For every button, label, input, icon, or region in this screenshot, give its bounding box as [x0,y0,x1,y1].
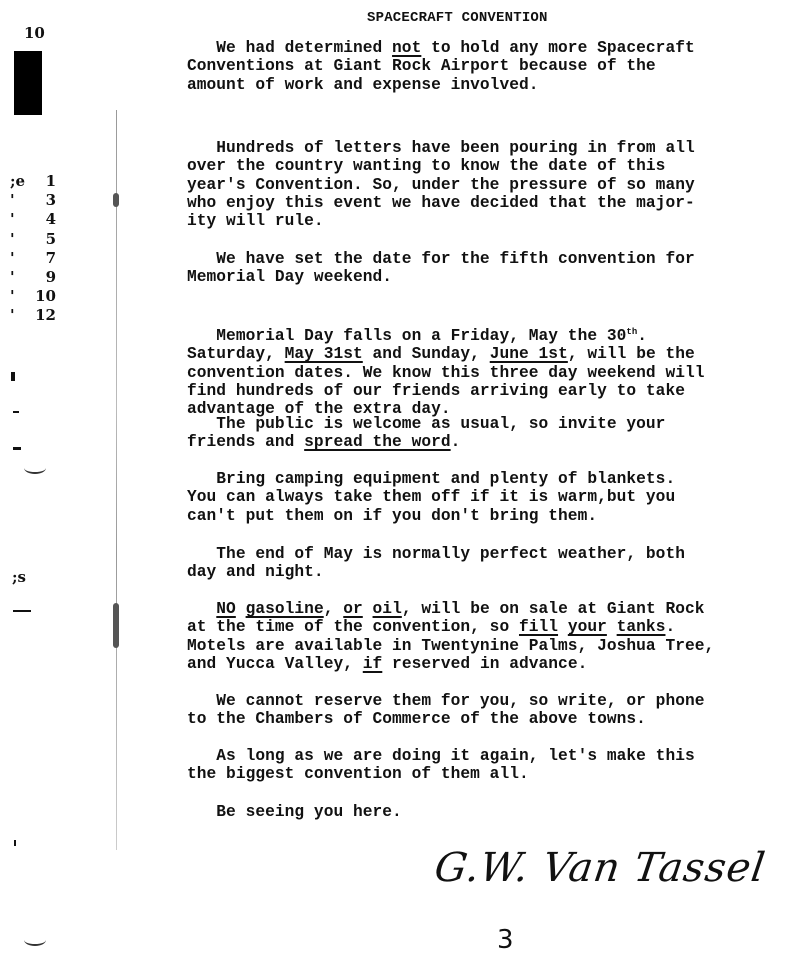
text-run: Memorial Day falls on a Friday, May the … [187,327,626,345]
index-tick: ' [10,249,20,268]
underlined-text: fill [519,618,558,636]
text-run: Motels are available in Twentynine Palms… [187,637,714,655]
page-number: 3 [497,925,514,955]
margin-dash [13,610,31,612]
binding-line [116,110,117,850]
index-tick: ' [10,230,20,249]
text-run: reserved in advance. [382,655,587,673]
text-run: Be seeing you here. [187,803,402,821]
text-run [187,600,216,618]
text-run: convention dates. We know this three day… [187,364,705,382]
text-run: and Sunday, [363,345,490,363]
adjacent-fragment: ;s [12,568,26,586]
text-run: Saturday, [187,345,285,363]
paragraph: The end of May is normally perfect weath… [187,545,685,582]
text-run: . [451,433,461,451]
index-entry: '3 [10,191,56,210]
paragraph: Be seeing you here. [187,803,402,821]
text-run: over the country wanting to know the dat… [187,157,665,175]
text-run: to the Chambers of Commerce of the above… [187,710,646,728]
text-run: Conventions at Giant Rock Airport becaus… [187,57,656,75]
text-run: The public is welcome as usual, so invit… [187,415,665,433]
text-run: Memorial Day weekend. [187,268,392,286]
index-number: 3 [46,191,56,210]
text-run: to hold any more Spacecraft [421,39,694,57]
text-run: . [637,327,647,345]
text-run [363,600,373,618]
paragraph: Hundreds of letters have been pouring in… [187,139,695,230]
text-run: , will be on sale at Giant Rock [402,600,705,618]
underlined-text: not [392,39,421,57]
text-run: at the time of the convention, so [187,618,519,636]
paragraph: NO gasoline, or oil, will be on sale at … [187,600,714,673]
underlined-text: or [343,600,363,618]
index-entry: '10 [10,287,56,306]
index-number: 12 [35,306,56,325]
black-tab-marker [14,51,42,115]
index-tick: ' [10,191,20,210]
index-entry: '4 [10,210,56,229]
text-run: amount of work and expense involved. [187,76,539,94]
text-run: can't put them on if you don't bring the… [187,507,597,525]
index-entry: ;e1 [10,172,56,191]
binding-blot [113,193,119,207]
margin-mark [14,840,16,846]
text-run: Hundreds of letters have been pouring in… [187,139,695,157]
adjacent-page-number: 10 [24,24,45,42]
paragraph: The public is welcome as usual, so invit… [187,415,665,452]
paragraph: As long as we are doing it again, let's … [187,747,695,784]
text-run [236,600,246,618]
document-title: SPACECRAFT CONVENTION [367,10,548,26]
text-run: and Yucca Valley, [187,655,363,673]
text-run: We cannot reserve them for you, so write… [187,692,705,710]
paragraph: Memorial Day falls on a Friday, May the … [187,323,705,418]
text-run: You can always take them off if it is wa… [187,488,675,506]
index-number: 1 [46,172,56,191]
underlined-text: oil [373,600,402,618]
text-run: th [626,327,637,337]
text-run [607,618,617,636]
index-entry: '9 [10,268,56,287]
index-tick: ' [10,306,20,325]
text-run: We have set the date for the fifth conve… [187,250,695,268]
binding-blot [113,603,119,648]
text-run: year's Convention. So, under the pressur… [187,176,695,194]
index-tick: ' [10,210,20,229]
text-run: As long as we are doing it again, let's … [187,747,695,765]
underlined-text: NO [216,600,236,618]
underlined-text: if [363,655,383,673]
text-run [558,618,568,636]
text-run: who enjoy this event we have decided tha… [187,194,695,212]
text-run: friends and [187,433,304,451]
margin-mark [13,411,19,413]
index-number: 5 [46,230,56,249]
index-number: 10 [35,287,56,306]
margin-mark [11,372,15,381]
text-run: day and night. [187,563,324,581]
adjacent-page-margin: 10 ;e1'3'4'5'7'9'10'12 ;s [0,0,110,959]
text-run: . [665,618,675,636]
index-number: 4 [46,210,56,229]
text-run: We had determined [187,39,392,57]
margin-curl [24,462,46,474]
index-tick: ' [10,287,20,306]
index-number: 7 [46,249,56,268]
paragraph: We have set the date for the fifth conve… [187,250,695,287]
index-entry: '12 [10,306,56,325]
adjacent-index-numbers: ;e1'3'4'5'7'9'10'12 [10,172,56,326]
underlined-text: spread the word [304,433,450,451]
index-tick: ' [10,268,20,287]
index-entry: '5 [10,230,56,249]
text-run: find hundreds of our friends arriving ea… [187,382,685,400]
text-run: ity will rule. [187,212,324,230]
paragraph: We cannot reserve them for you, so write… [187,692,705,729]
paragraph: Bring camping equipment and plenty of bl… [187,470,675,525]
index-entry: '7 [10,249,56,268]
text-run: the biggest convention of them all. [187,765,529,783]
underlined-text: gasoline [246,600,324,618]
index-tick: ;e [10,172,20,191]
underlined-text: tanks [617,618,666,636]
underlined-text: May 31st [285,345,363,363]
text-run: Bring camping equipment and plenty of bl… [187,470,675,488]
text-run: , [324,600,344,618]
underlined-text: June 1st [490,345,568,363]
underlined-text: your [568,618,607,636]
text-run: , will be the [568,345,695,363]
margin-curl [24,934,46,946]
paragraph: We had determined not to hold any more S… [187,39,695,94]
margin-mark [13,447,21,450]
signature: G.W. Van Tassel [432,845,769,891]
text-run: The end of May is normally perfect weath… [187,545,685,563]
index-number: 9 [46,268,56,287]
